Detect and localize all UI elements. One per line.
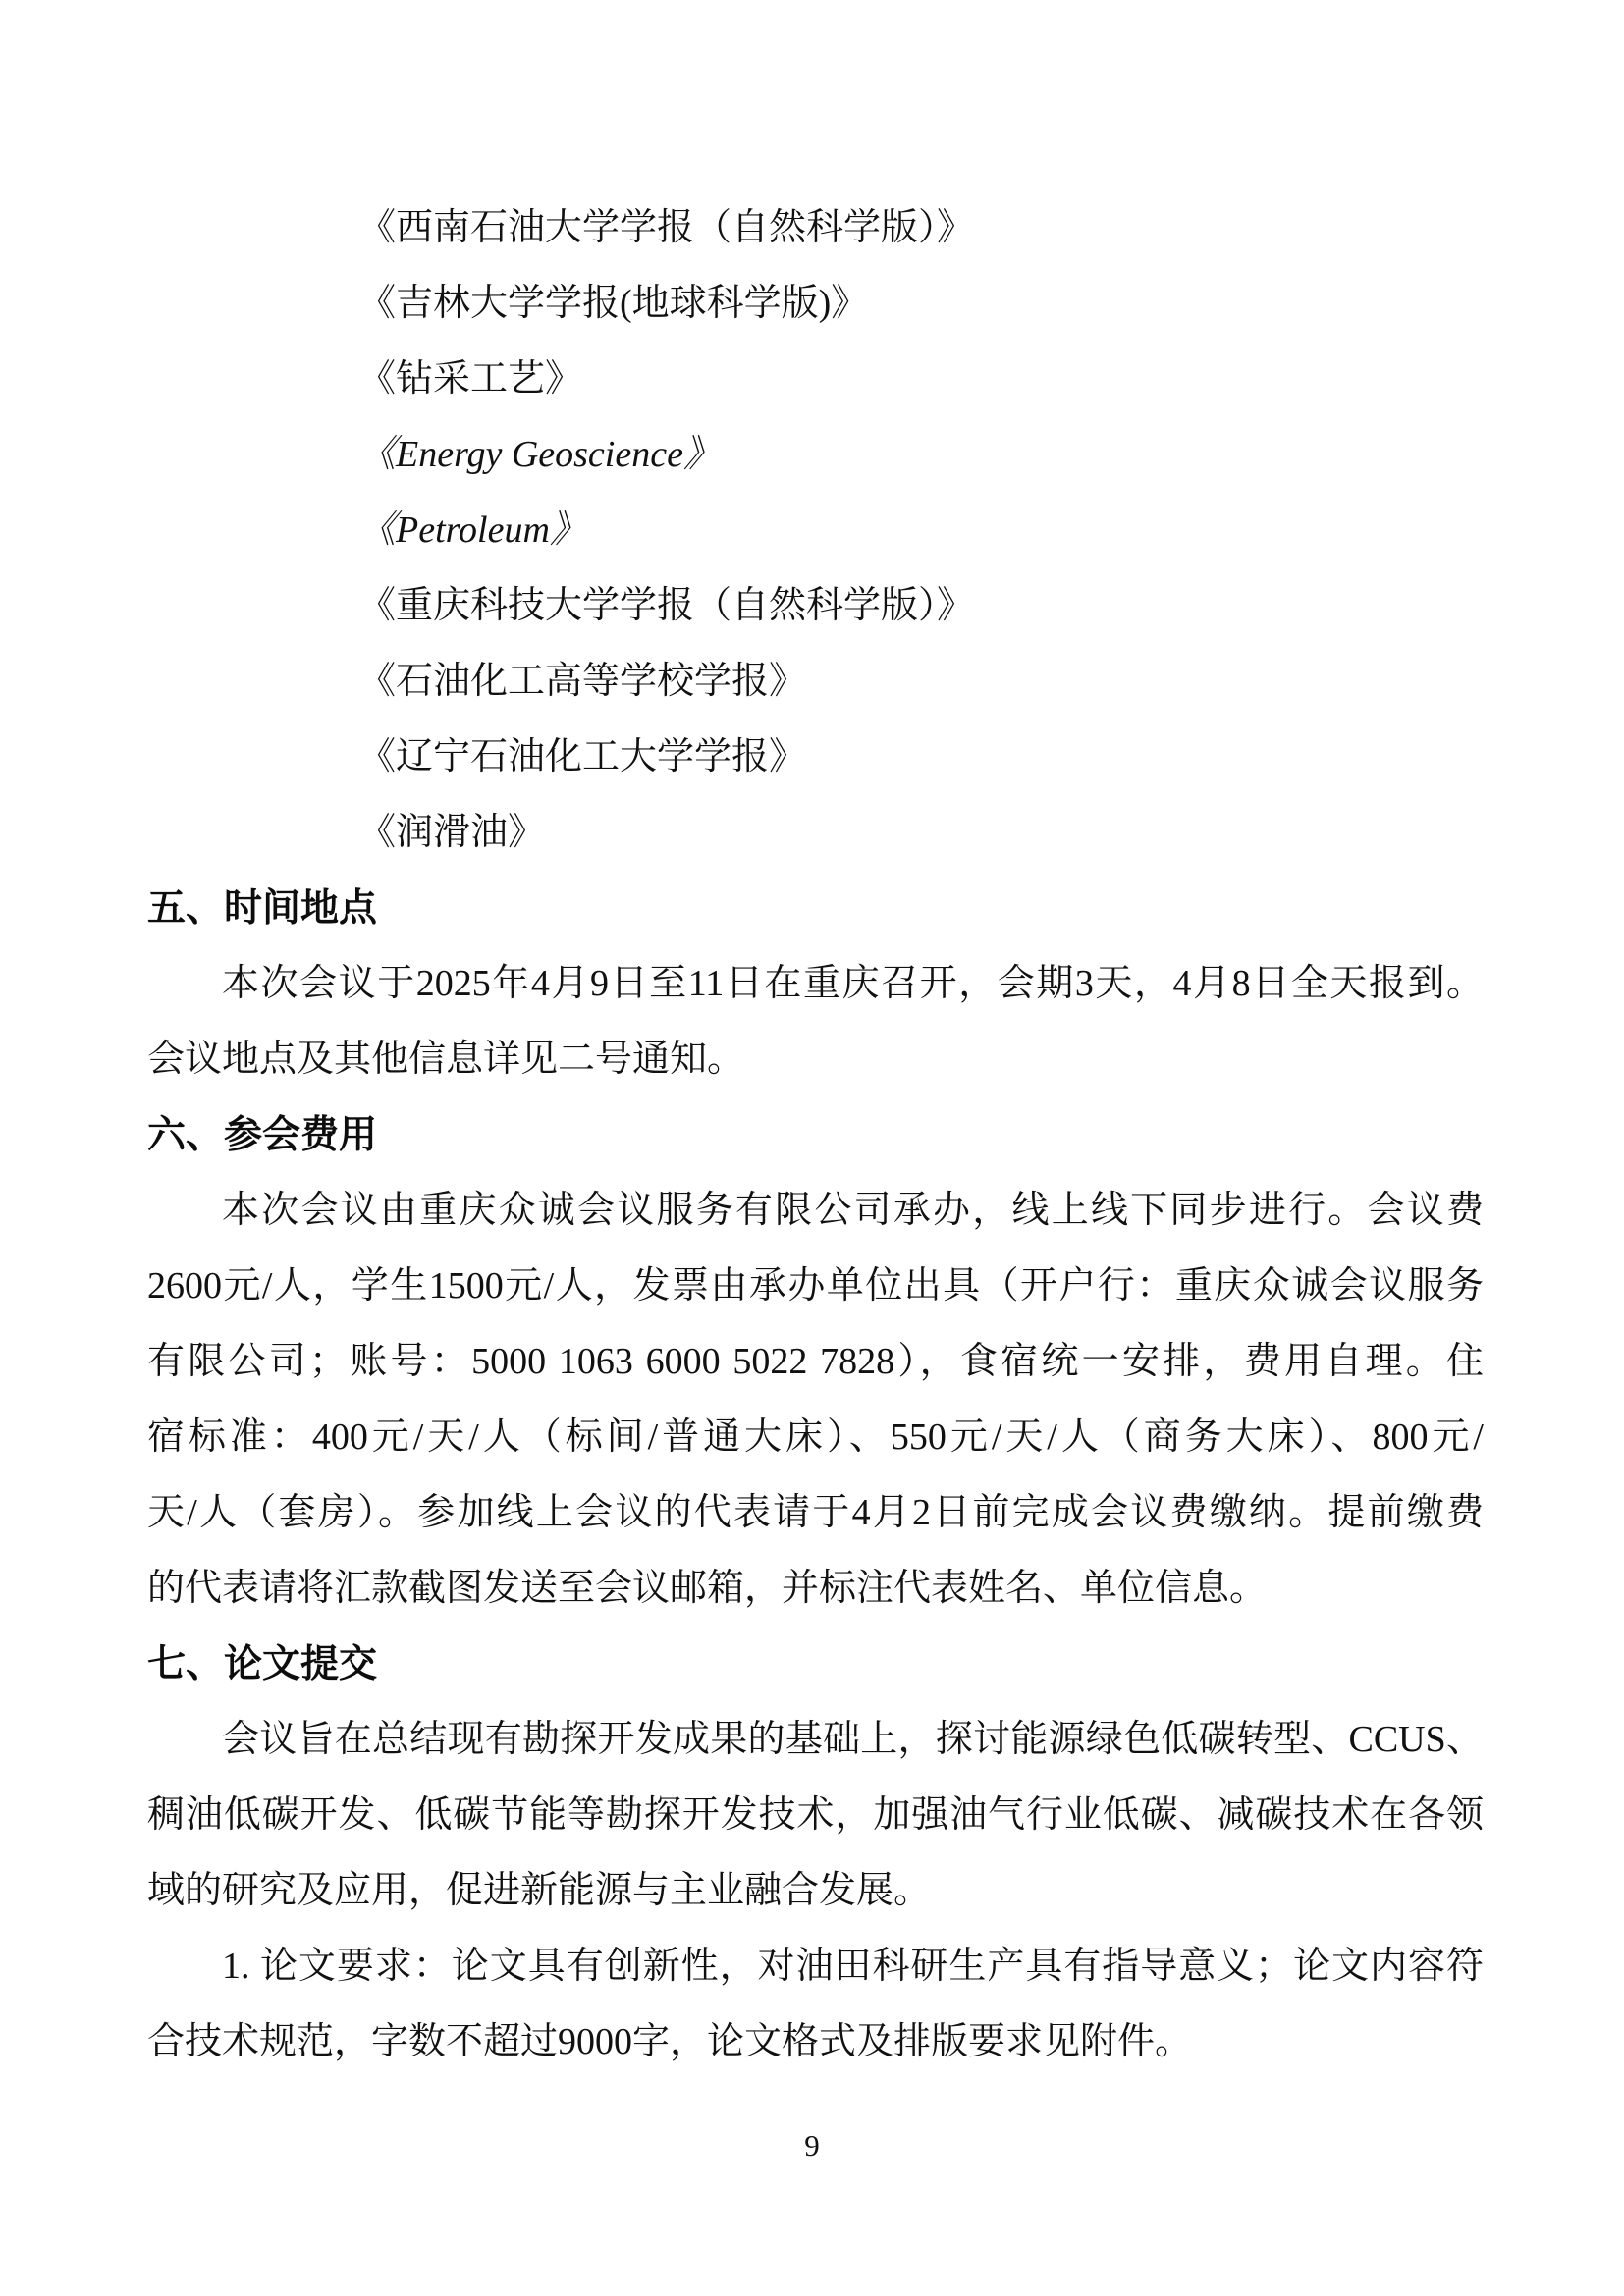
text-line: 宿标准：400元/天/人（标间/普通大床）、550元/天/人（商务大床）、800… [147,1400,1484,1475]
section-heading: 五、时间地点 [147,871,1484,946]
journal-item: 《Petroleum》 [358,493,1484,568]
text-line: 会议地点及其他信息详见二号通知。 [147,1022,1484,1097]
journal-item: 《润滑油》 [358,795,1484,871]
journal-item: 《西南石油大学学报（自然科学版）》 [358,190,1484,266]
document-page: 《西南石油大学学报（自然科学版）》《吉林大学学报(地球科学版)》《钻采工艺》《E… [0,0,1624,2296]
document-sections: 五、时间地点本次会议于2025年4月9日至11日在重庆召开，会期3天，4月8日全… [147,871,1484,2080]
text-line: 本次会议由重庆众诚会议服务有限公司承办，线上线下同步进行。会议费 [147,1173,1484,1249]
paragraph: 本次会议由重庆众诚会议服务有限公司承办，线上线下同步进行。会议费2600元/人，… [147,1173,1484,1627]
journal-item: 《吉林大学学报(地球科学版)》 [358,266,1484,342]
journal-item: 《石油化工高等学校学报》 [358,644,1484,720]
text-line: 会议旨在总结现有勘探开发成果的基础上，探讨能源绿色低碳转型、CCUS、 [147,1702,1484,1778]
journal-list: 《西南石油大学学报（自然科学版）》《吉林大学学报(地球科学版)》《钻采工艺》《E… [147,190,1484,871]
text-line: 本次会议于2025年4月9日至11日在重庆召开，会期3天，4月8日全天报到。 [147,946,1484,1022]
journal-item: 《Energy Geoscience》 [358,417,1484,493]
text-line: 2600元/人，学生1500元/人，发票由承办单位出具（开户行：重庆众诚会议服务 [147,1249,1484,1324]
section-heading: 六、参会费用 [147,1097,1484,1173]
journal-item: 《辽宁石油化工大学学报》 [358,720,1484,795]
section: 五、时间地点本次会议于2025年4月9日至11日在重庆召开，会期3天，4月8日全… [147,871,1484,1097]
journal-item: 《钻采工艺》 [358,342,1484,417]
section-heading: 七、论文提交 [147,1627,1484,1702]
text-line: 的代表请将汇款截图发送至会议邮箱，并标注代表姓名、单位信息。 [147,1551,1484,1627]
text-line: 有限公司；账号：5000 1063 6000 5022 7828），食宿统一安排… [147,1324,1484,1400]
text-line: 域的研究及应用，促进新能源与主业融合发展。 [147,1853,1484,1929]
section: 七、论文提交会议旨在总结现有勘探开发成果的基础上，探讨能源绿色低碳转型、CCUS… [147,1627,1484,2080]
paragraph: 本次会议于2025年4月9日至11日在重庆召开，会期3天，4月8日全天报到。会议… [147,946,1484,1097]
paragraph: 1. 论文要求：论文具有创新性，对油田科研生产具有指导意义；论文内容符合技术规范… [147,1929,1484,2080]
journal-item: 《重庆科技大学学报（自然科学版）》 [358,568,1484,644]
page-number: 9 [0,2128,1624,2163]
text-line: 天/人（套房）。参加线上会议的代表请于4月2日前完成会议费缴纳。提前缴费 [147,1475,1484,1551]
text-line: 1. 论文要求：论文具有创新性，对油田科研生产具有指导意义；论文内容符 [147,1929,1484,2004]
text-line: 合技术规范，字数不超过9000字，论文格式及排版要求见附件。 [147,2004,1484,2080]
text-line: 稠油低碳开发、低碳节能等勘探开发技术，加强油气行业低碳、减碳技术在各领 [147,1778,1484,1853]
paragraph: 会议旨在总结现有勘探开发成果的基础上，探讨能源绿色低碳转型、CCUS、稠油低碳开… [147,1702,1484,1929]
section: 六、参会费用本次会议由重庆众诚会议服务有限公司承办，线上线下同步进行。会议费26… [147,1097,1484,1627]
